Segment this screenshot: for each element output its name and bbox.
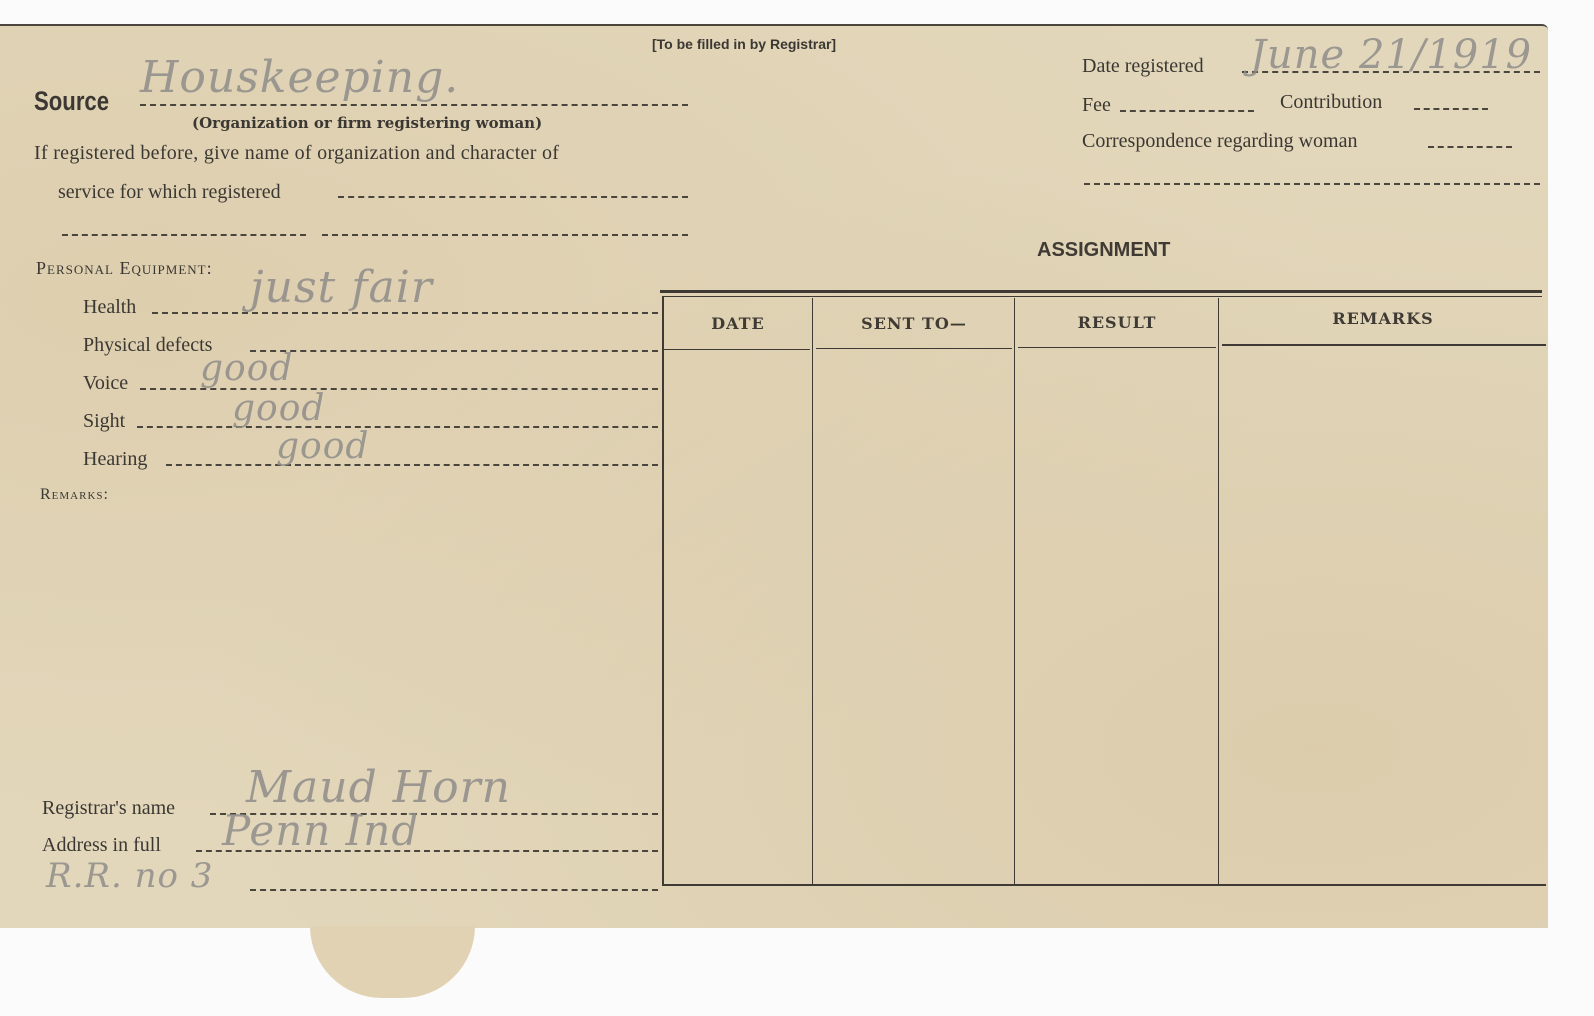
address-value: Penn Ind (222, 806, 419, 855)
correspondence-line-2[interactable] (1084, 183, 1540, 185)
header-underline (816, 348, 1012, 349)
column-header-sent-to: SENT TO— (814, 314, 1014, 333)
card-index-tab (310, 926, 475, 998)
address-value-2: R.R. no 3 (46, 856, 213, 896)
remarks-heading: Remarks: (40, 486, 109, 504)
table-top-rule (660, 290, 1542, 293)
column-header-result: RESULT (1016, 313, 1218, 332)
previous-registration-line-2a[interactable] (62, 234, 306, 236)
column-header-date: DATE (664, 314, 812, 333)
equipment-label: Voice (83, 372, 128, 395)
source-caption: (Organization or firm registering woman) (192, 114, 542, 132)
header-underline (1018, 347, 1216, 348)
correspondence-label: Correspondence regarding woman (1082, 130, 1357, 153)
source-value: Houskeeping. (140, 52, 459, 103)
equipment-value: good (232, 388, 325, 429)
contribution-label: Contribution (1280, 91, 1382, 114)
header-underline (1222, 344, 1546, 346)
equipment-label: Physical defects (83, 334, 212, 357)
registrar-name-label: Registrar's name (42, 797, 175, 820)
previous-registration-line[interactable] (338, 196, 688, 198)
previous-registration-text: If registered before, give name of organ… (34, 142, 559, 165)
personal-equipment-heading: Personal Equipment: (36, 258, 213, 279)
registrar-note: [To be filled in by Registrar] (652, 36, 836, 52)
header-underline (664, 349, 810, 350)
source-line[interactable] (140, 104, 688, 106)
equipment-label: Sight (83, 410, 125, 433)
equipment-line[interactable] (137, 426, 658, 428)
equipment-label: Hearing (83, 448, 147, 471)
date-column-cells[interactable] (664, 352, 812, 884)
column-divider (1218, 298, 1219, 886)
table-top-rule-2 (662, 296, 1542, 297)
date-registered-value: June 21/1919 (1250, 32, 1532, 78)
previous-registration-text-2: service for which registered (58, 181, 281, 204)
correspondence-line[interactable] (1428, 146, 1512, 148)
contribution-line[interactable] (1414, 108, 1488, 110)
equipment-value: just fair (250, 262, 433, 313)
fee-label: Fee (1082, 94, 1111, 117)
date-registered-label: Date registered (1082, 55, 1204, 78)
equipment-value: good (200, 348, 293, 389)
address-label: Address in full (42, 834, 161, 857)
sent-to-column-cells[interactable] (814, 352, 1014, 884)
equipment-line[interactable] (166, 464, 658, 466)
result-column-cells[interactable] (1016, 352, 1218, 884)
fee-line[interactable] (1120, 110, 1254, 112)
equipment-value: good (276, 426, 369, 467)
remarks-column-cells[interactable] (1220, 348, 1546, 884)
column-header-remarks: REMARKS (1220, 309, 1546, 328)
table-bottom-rule (664, 884, 1546, 886)
equipment-line[interactable] (250, 350, 658, 352)
column-divider (812, 298, 813, 886)
column-divider (1014, 298, 1015, 886)
remarks-area[interactable] (40, 516, 650, 776)
registration-card: [To be filled in by Registrar] Source Ho… (0, 24, 1548, 928)
equipment-label: Health (83, 296, 136, 319)
source-label: Source (34, 86, 109, 117)
previous-registration-line-2b[interactable] (322, 234, 688, 236)
address-line-2[interactable] (250, 889, 658, 891)
assignment-title: ASSIGNMENT (1037, 239, 1170, 262)
